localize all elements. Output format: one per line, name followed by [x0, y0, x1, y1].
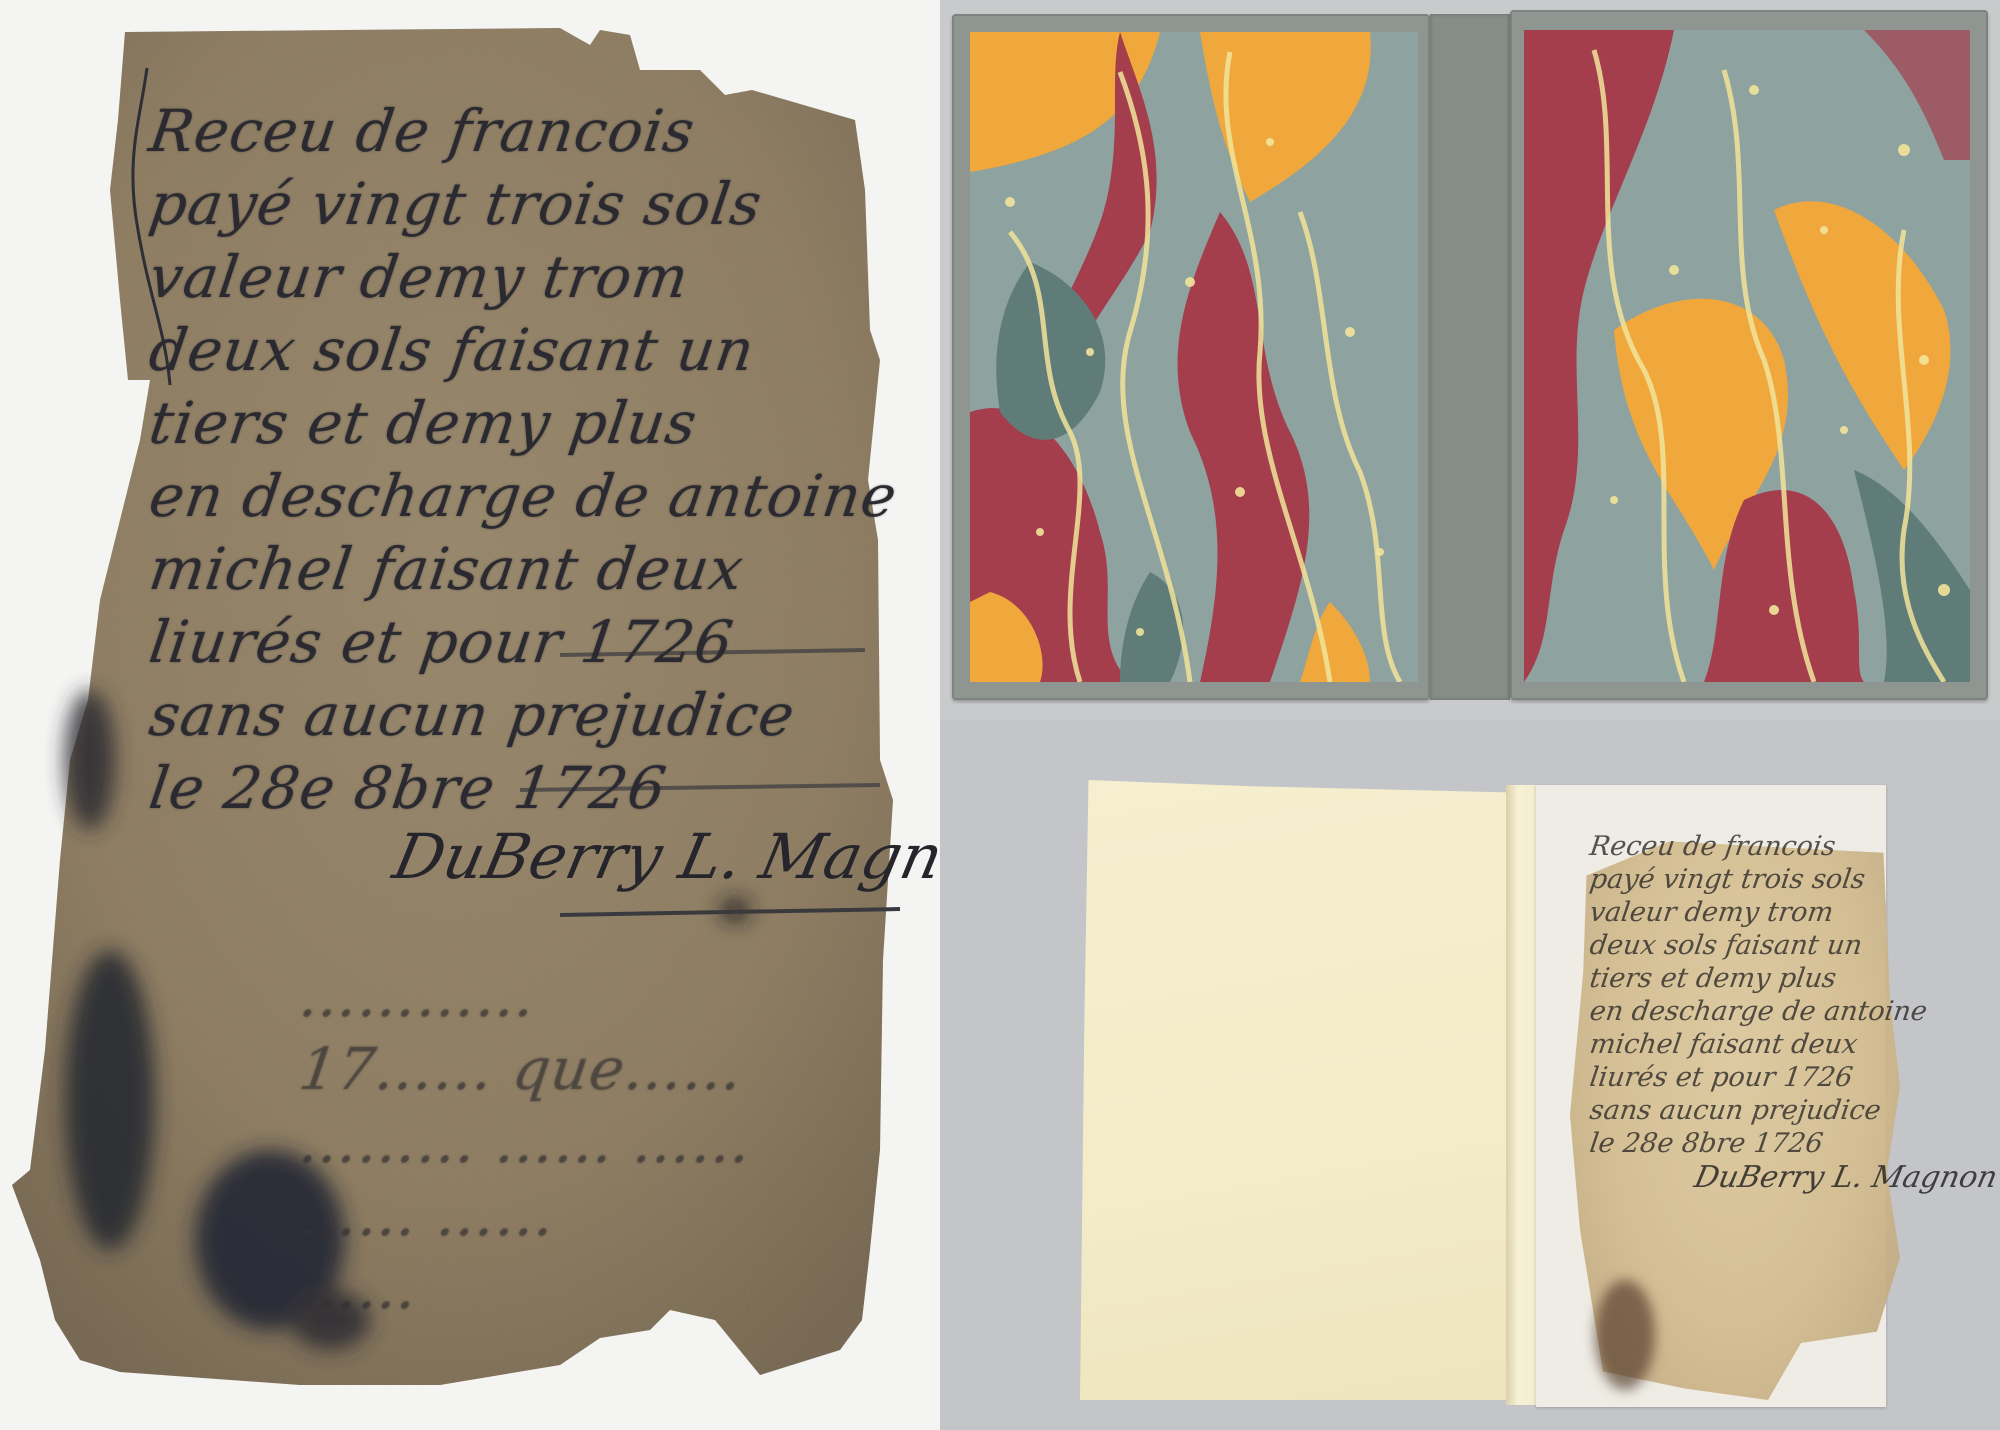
manuscript-line: en descharge de antoine — [145, 460, 915, 533]
faded-line: …… — [295, 1252, 855, 1325]
manuscript-line: sans aucun prejudice — [1588, 1094, 1913, 1127]
mounted-manuscript-text: Receu de francois payé vingt trois sols … — [1590, 830, 1910, 1160]
book-mount-panel: Receu de francois payé vingt trois sols … — [940, 720, 2000, 1430]
manuscript-line: tiers et demy plus — [145, 387, 915, 460]
manuscript-line: liurés et pour 1726 — [1588, 1061, 1913, 1094]
manuscript-faded-text: ………… 17…… que…… ……… …… …… …… …… …… — [300, 960, 850, 1325]
faded-line: 17…… que…… — [295, 1033, 855, 1106]
manuscript-line: payé vingt trois sols — [1588, 863, 1913, 896]
manuscript-line: valeur demy trom — [1588, 896, 1913, 929]
manuscript-line: tiers et demy plus — [1588, 962, 1913, 995]
manuscript-line: sans aucun prejudice — [145, 679, 915, 752]
manuscript-line: deux sols faisant un — [145, 314, 915, 387]
manuscript-date-line: le 28e 8bre 1726 — [1588, 1127, 1913, 1160]
marbled-paper-right — [1524, 30, 1970, 682]
manuscript-scan-panel: Receu de francois payé vingt trois sols … — [0, 0, 940, 1430]
manuscript-line: liurés et pour 1726 — [145, 606, 915, 679]
manuscript-signature: DuBerry L. Magnon — [387, 820, 940, 893]
manuscript-text: Receu de francois payé vingt trois sols … — [150, 95, 910, 825]
book-gutter — [1506, 785, 1536, 1405]
faded-line: ……… …… …… — [295, 1106, 855, 1179]
manuscript-line: valeur demy trom — [145, 241, 915, 314]
faded-line: …… …… — [295, 1179, 855, 1252]
marbled-paper-left — [970, 32, 1418, 682]
faded-line: ………… — [295, 960, 855, 1033]
manuscript-line: deux sols faisant un — [1588, 929, 1913, 962]
manuscript-line: payé vingt trois sols — [145, 168, 915, 241]
marbled-box-panel — [940, 0, 2000, 720]
stain — [1595, 1280, 1655, 1390]
marble-pattern-icon — [1524, 30, 1970, 682]
manuscript-line: michel faisant deux — [1588, 1028, 1913, 1061]
manuscript-line: en descharge de antoine — [1588, 995, 1913, 1028]
manuscript-line: Receu de francois — [145, 95, 915, 168]
book-blank-page — [1080, 780, 1506, 1400]
manuscript-line: Receu de francois — [1588, 830, 1913, 863]
box-spine — [1430, 14, 1510, 700]
manuscript-line: michel faisant deux — [145, 533, 915, 606]
mounted-signature: DuBerry L. Magnon — [1691, 1160, 2000, 1195]
manuscript-date-line: le 28e 8bre 1726 — [145, 752, 915, 825]
marble-pattern-icon — [970, 32, 1418, 682]
